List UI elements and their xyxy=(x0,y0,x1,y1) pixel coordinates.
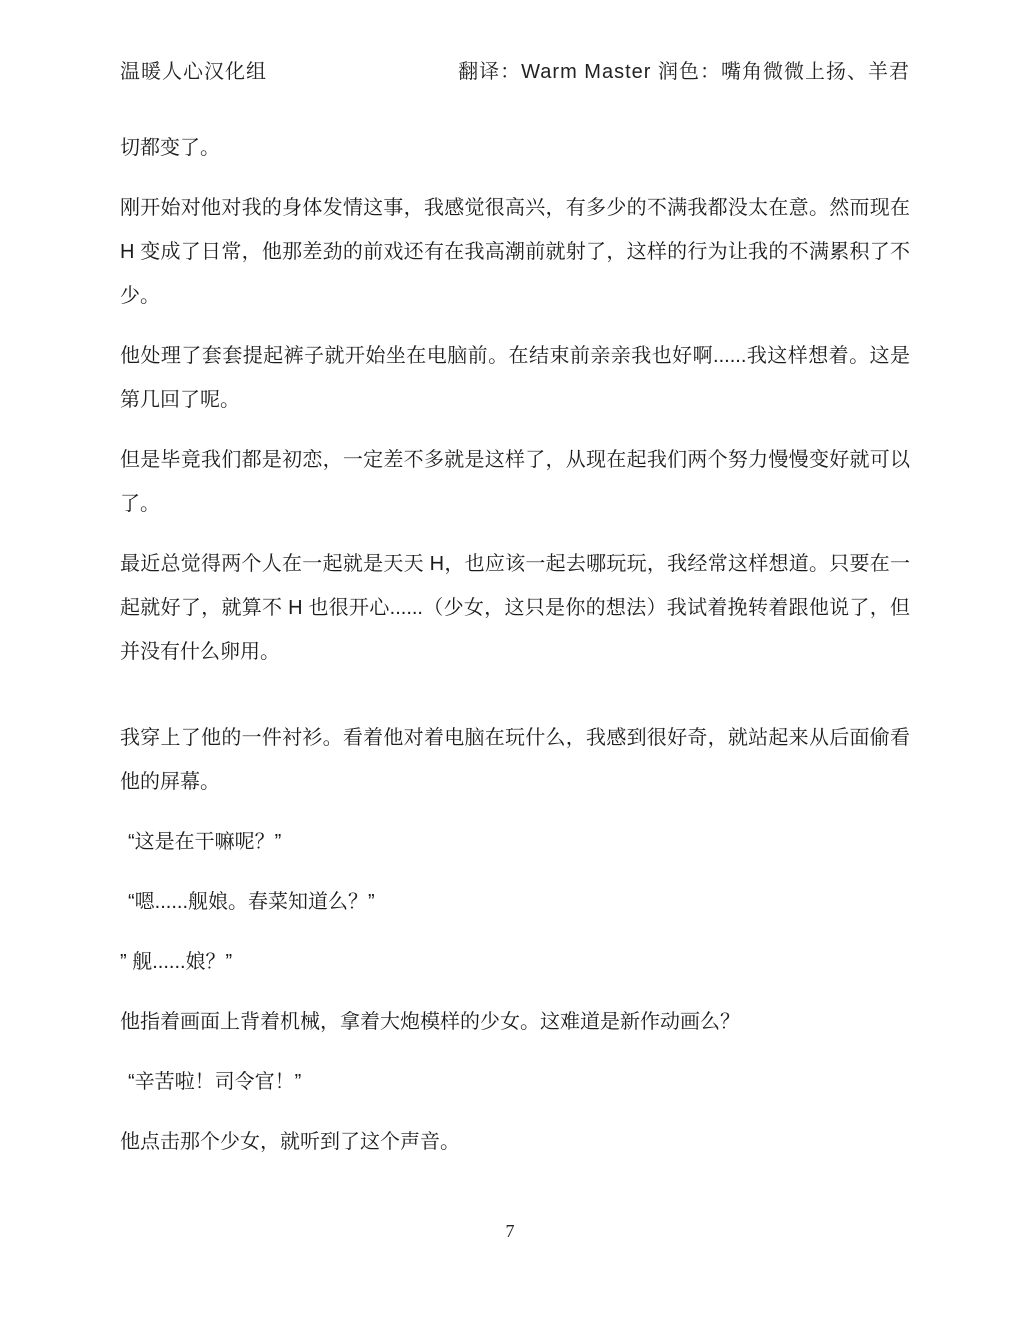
document-body: 切都变了。 刚开始对他对我的身体发情这事，我感觉很高兴，有多少的不满我都没太在意… xyxy=(120,126,910,1164)
translation-group-name: 温暖人心汉化组 xyxy=(120,58,267,86)
translator-credits: 翻译：Warm Master 润色：嘴角微微上扬、羊君 xyxy=(458,58,910,86)
page-header: 温暖人心汉化组 翻译：Warm Master 润色：嘴角微微上扬、羊君 xyxy=(120,58,910,86)
dialogue-line: “辛苦啦！司令官！” xyxy=(120,1060,910,1104)
page-number: 7 xyxy=(506,1221,515,1241)
paragraph: 我穿上了他的一件衬衫。看着他对着电脑在玩什么，我感到很好奇，就站起来从后面偷看他… xyxy=(120,716,910,804)
paragraph: 最近总觉得两个人在一起就是天天 H，也应该一起去哪玩玩，我经常这样想道。只要在一… xyxy=(120,542,910,674)
dialogue-line: “嗯......舰娘。春菜知道么？” xyxy=(120,880,910,924)
document-page: 温暖人心汉化组 翻译：Warm Master 润色：嘴角微微上扬、羊君 切都变了… xyxy=(0,0,1020,1320)
page-footer: 7 xyxy=(0,1221,1020,1242)
paragraph: 但是毕竟我们都是初恋，一定差不多就是这样了，从现在起我们两个努力慢慢变好就可以了… xyxy=(120,438,910,526)
dialogue-line: ” 舰......娘？” xyxy=(120,940,910,984)
paragraph: 他指着画面上背着机械，拿着大炮模样的少女。这难道是新作动画么？ xyxy=(120,1000,910,1044)
paragraph: 切都变了。 xyxy=(120,126,910,170)
paragraph: 他点击那个少女，就听到了这个声音。 xyxy=(120,1120,910,1164)
dialogue-line: “这是在干嘛呢？” xyxy=(120,820,910,864)
paragraph: 他处理了套套提起裤子就开始坐在电脑前。在结束前亲亲我也好啊......我这样想着… xyxy=(120,334,910,422)
paragraph: 刚开始对他对我的身体发情这事，我感觉很高兴，有多少的不满我都没太在意。然而现在 … xyxy=(120,186,910,318)
